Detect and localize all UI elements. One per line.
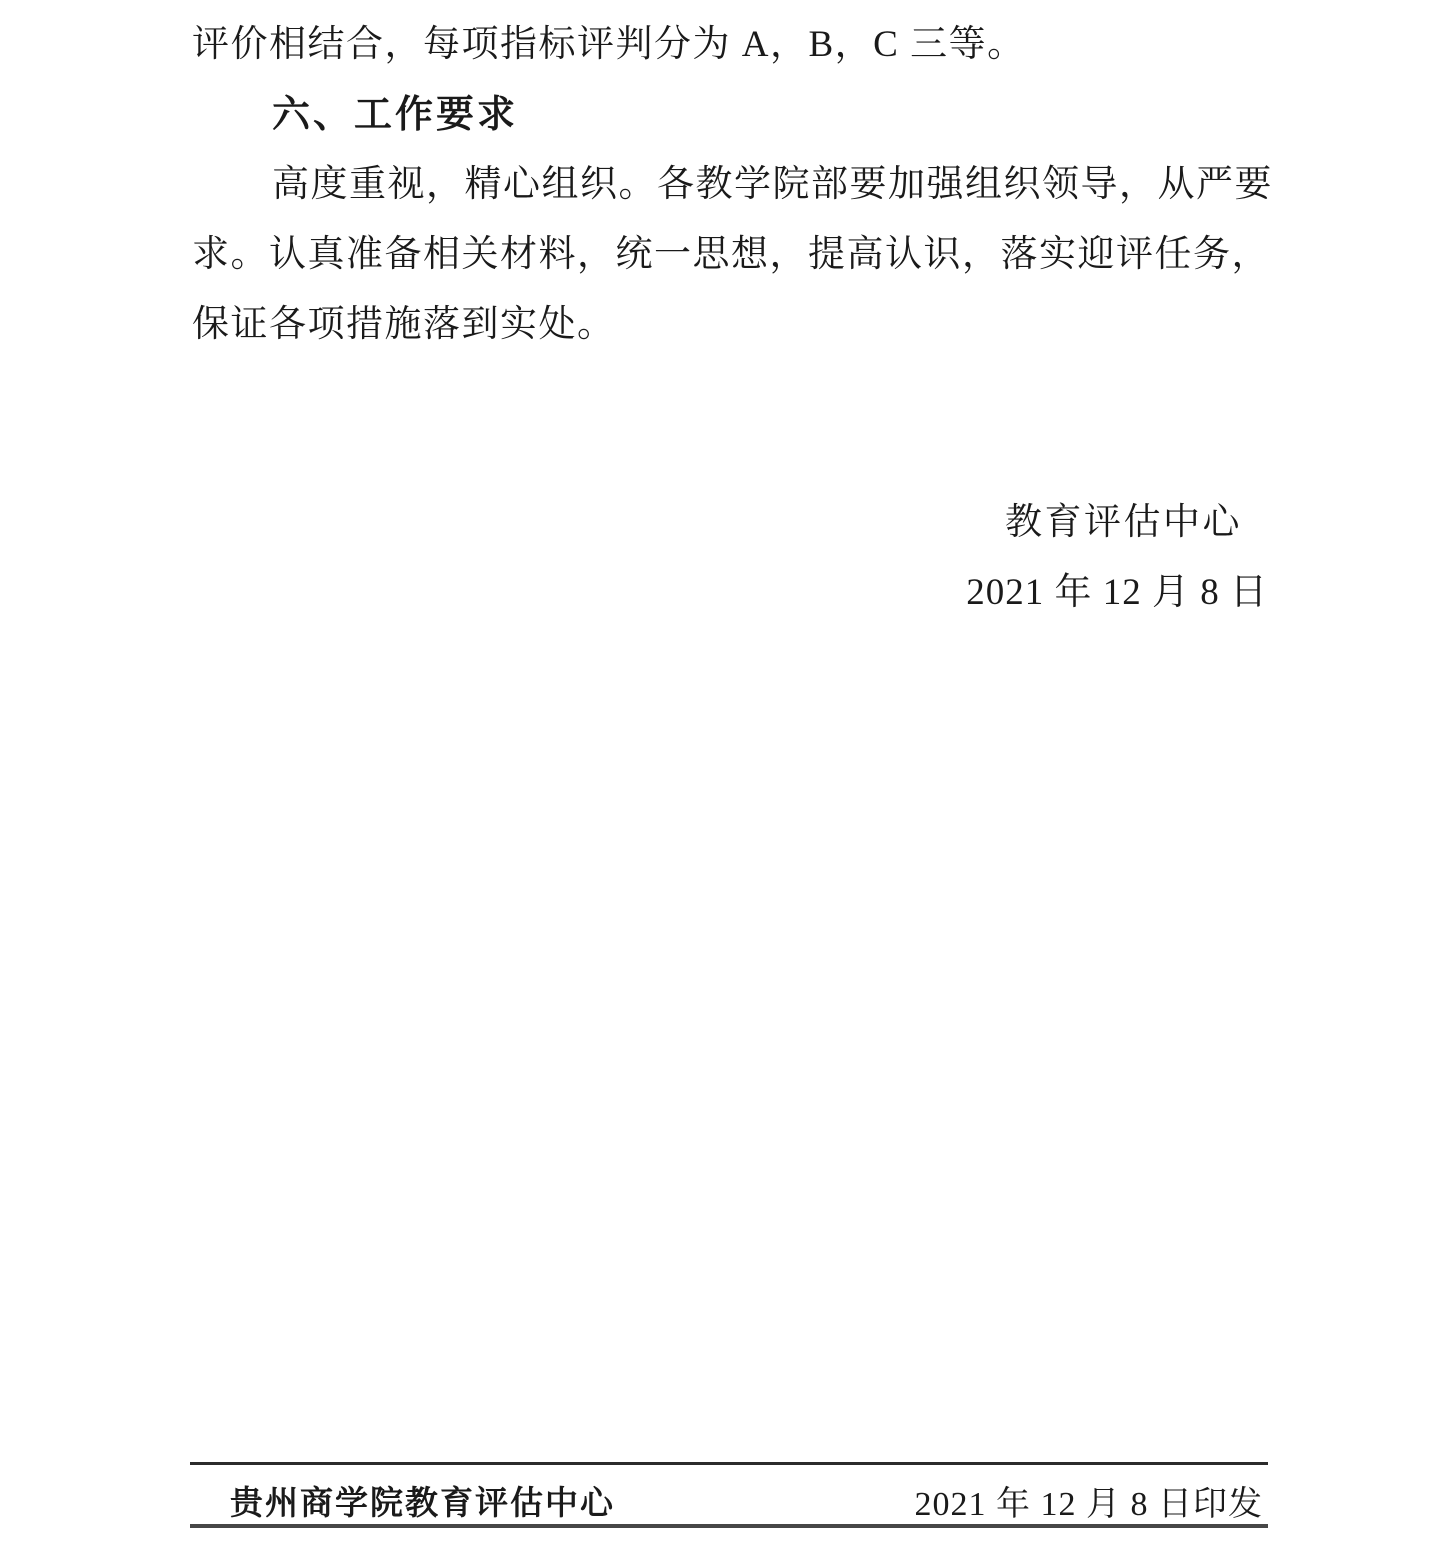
document-page: 评价相结合，每项指标评判分为 A，B，C 三等。 六、工作要求 高度重视，精心组… [0, 0, 1448, 1553]
paragraph-line: 保证各项措施落到实处。 [192, 290, 1270, 360]
footer-print-date: 2021 年 12 月 8 日印发 [915, 1476, 1269, 1525]
footer-issuer: 贵州商学院教育评估中心 [190, 1477, 615, 1524]
footer-bottom-rule [190, 1524, 1268, 1528]
paragraph-line: 高度重视，精心组织。各教学院部要加强组织领导，从严要 [192, 150, 1270, 220]
section-heading: 六、工作要求 [192, 80, 1270, 150]
signature-date: 2021 年 12 月 8 日 [192, 558, 1270, 628]
paragraph-line: 求。认真准备相关材料，统一思想，提高认识，落实迎评任务， [192, 220, 1270, 290]
footer-top-rule [190, 1462, 1268, 1465]
signature-block: 教育评估中心 2021 年 12 月 8 日 [192, 488, 1270, 628]
footer: 贵州商学院教育评估中心 2021 年 12 月 8 日印发 [190, 1477, 1268, 1523]
document-body: 评价相结合，每项指标评判分为 A，B，C 三等。 六、工作要求 高度重视，精心组… [192, 10, 1270, 628]
signature-department: 教育评估中心 [192, 488, 1270, 558]
continuation-paragraph-line: 评价相结合，每项指标评判分为 A，B，C 三等。 [192, 10, 1270, 80]
